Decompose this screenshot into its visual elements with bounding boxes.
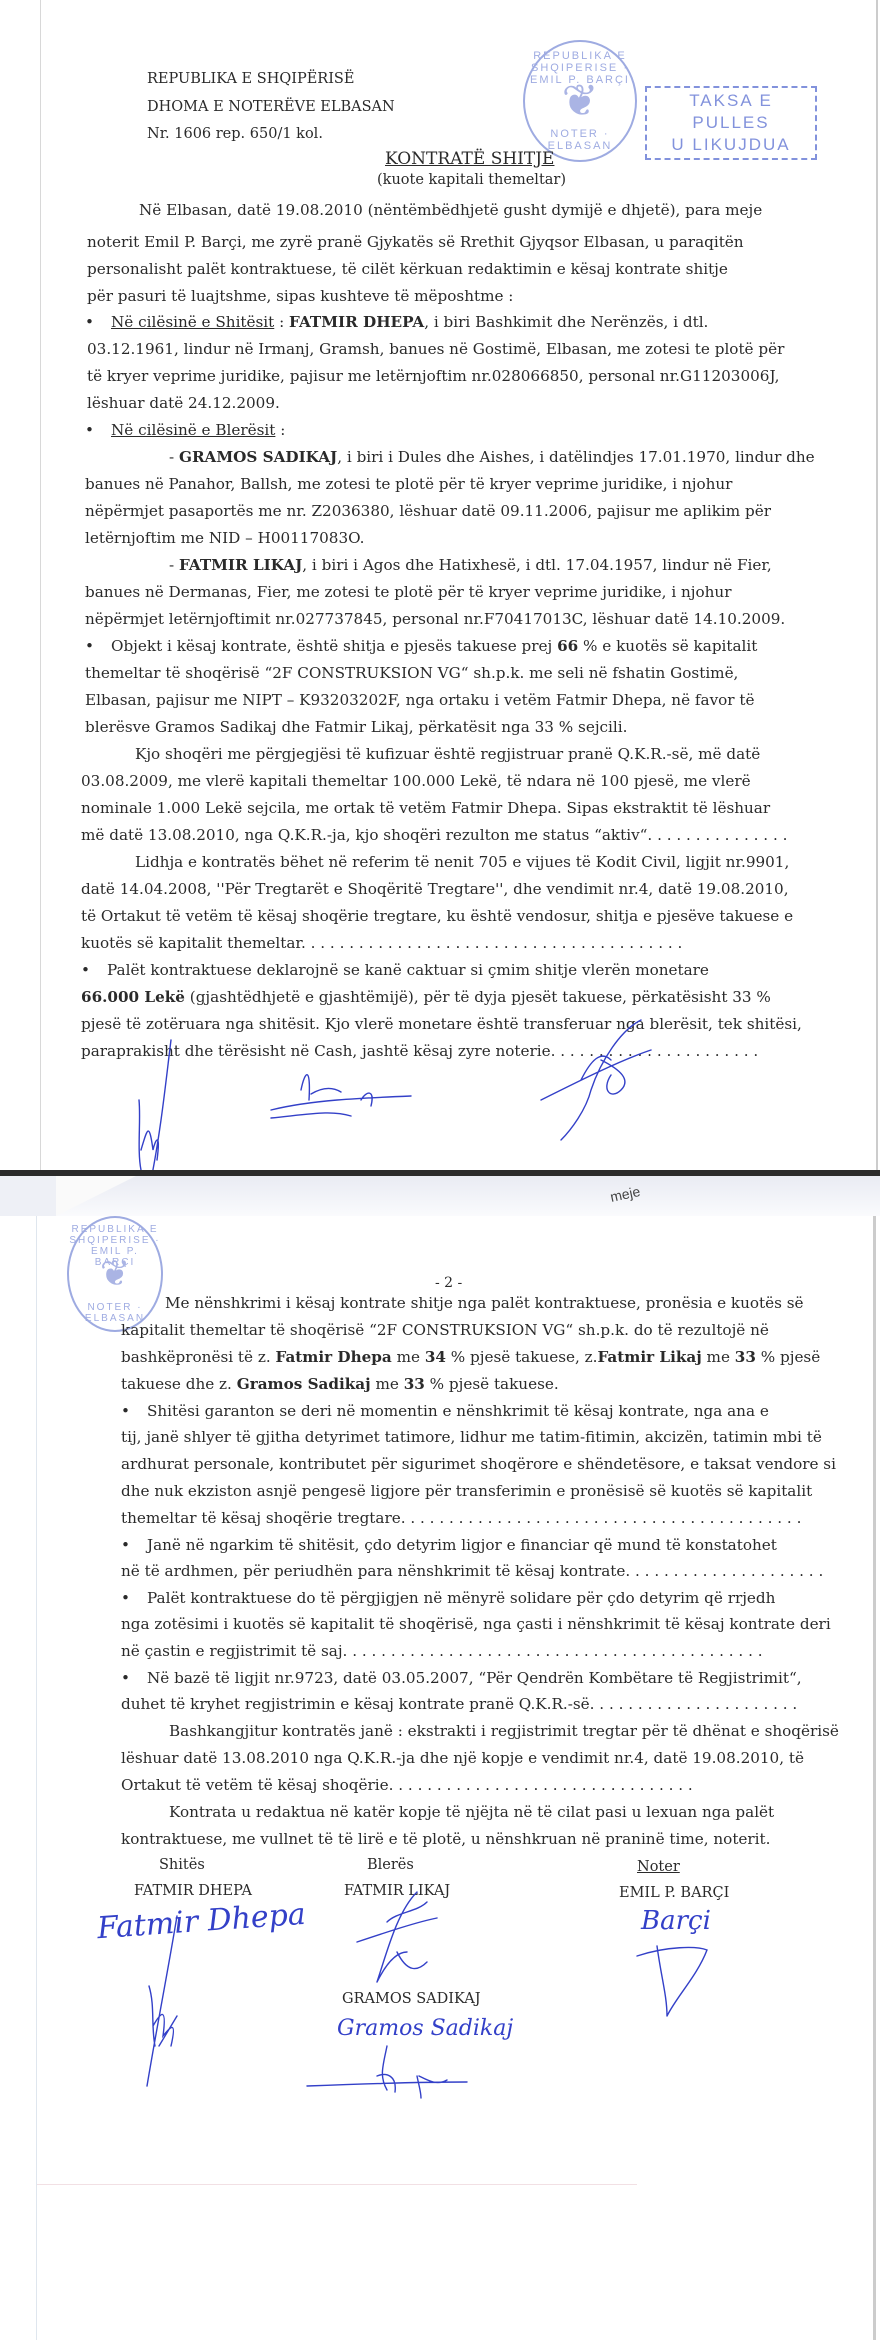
eagle-emblem-icon: ❦ — [562, 76, 599, 127]
dash: - — [169, 448, 179, 466]
attachments-line: Ortakut të vetëm të kësaj shoqërie. . . … — [121, 1778, 693, 1793]
intro-line: Në Elbasan, datë 19.08.2010 (nëntëmbëdhj… — [139, 203, 762, 218]
object-line: blerësve Gramos Sadikaj dhe Fatmir Likaj… — [85, 720, 627, 735]
buyer2-initials-signature — [307, 2046, 467, 2096]
buyer2-name-label: GRAMOS SADIKAJ — [342, 1992, 481, 2007]
liability-line: në të ardhmen, për periudhën para nënshk… — [121, 1564, 823, 1579]
company-line: 03.08.2009, me vlerë kapitali themeltar … — [81, 774, 751, 789]
price-line: 66.000 Lekë (gjashtëdhjetë e gjashtëmijë… — [81, 990, 771, 1005]
object-clause: Objekt i kësaj kontrate, është shitja e … — [111, 639, 757, 654]
price-text: (gjashtëdhjetë e gjashtëmijë), për të dy… — [185, 988, 771, 1006]
notary-name-label: EMIL P. BARÇI — [619, 1886, 729, 1901]
guarantee-line: tij, janë shlyer të gjitha detyrimet tat… — [121, 1430, 822, 1445]
buyer-role-label: Blerës — [367, 1858, 414, 1873]
text: % pjesë — [756, 1348, 820, 1366]
price-line: pjesë të zotëruara nga shitësit. Kjo vle… — [81, 1017, 802, 1032]
ownership-line: takuese dhe z. Gramos Sadikaj me 33 % pj… — [121, 1377, 559, 1392]
registration-clause: Në bazë të ligjit nr.9723, datë 03.05.20… — [147, 1671, 802, 1686]
buyer1-line: nëpërmjet pasaportës me nr. Z2036380, lë… — [85, 504, 771, 519]
guarantee-line: ardhurat personale, kontributet për sigu… — [121, 1457, 836, 1472]
object-text: Objekt i kësaj kontrate, është shitja e … — [111, 637, 557, 655]
legal-line: datë 14.04.2008, ''Për Tregtarët e Shoqë… — [81, 882, 789, 897]
seller-line: të kryer veprime juridike, pajisur me le… — [87, 369, 779, 384]
document-title: KONTRATË SHITJE — [385, 151, 554, 168]
owner-percent: 33 — [735, 1348, 756, 1366]
seller-initials-signature — [137, 1916, 207, 2086]
seller-details: , i biri Bashkimit dhe Nerënzës, i dtl. — [424, 313, 708, 331]
ownership-line: bashkëpronësi të z. Fatmir Dhepa me 34 %… — [121, 1350, 820, 1365]
solidarity-line: në çastin e regjistrimit të saj. . . . .… — [121, 1644, 763, 1659]
ownership-line: Me nënshkrimi i kësaj kontrate shitje ng… — [165, 1296, 804, 1311]
guarantee-line: dhe nuk ekziston asnjë pengesë ligjore p… — [121, 1484, 812, 1499]
closing-line: kontraktuese, me vullnet të të lirë e të… — [121, 1832, 770, 1847]
notary-seal-stamp-page2: REPUBLIKA E SHQIPERISE · EMIL P. BARÇI ❦… — [67, 1216, 163, 1332]
buyer1-clause: - GRAMOS SADIKAJ, i biri i Dules dhe Ais… — [169, 450, 815, 465]
closing-line: Kontrata u redaktua në katër kopje të nj… — [169, 1805, 774, 1820]
header-chamber: DHOMA E NOTERËVE ELBASAN — [147, 100, 395, 115]
buyer2-line: nëpërmjet letërnjoftimit nr.027737845, p… — [85, 612, 785, 627]
buyer1-line: letërnjoftim me NID – H00117083O. — [85, 531, 365, 546]
share-percent: 66 — [557, 637, 578, 655]
buyer2-clause: - FATMIR LIKAJ, i biri i Agos dhe Hatixh… — [169, 558, 772, 573]
buyers-clause: Në cilësinë e Blerësit : — [111, 423, 285, 438]
object-text: % e kuotës së kapitalit — [578, 637, 757, 655]
owner-name: Gramos Sadikaj — [237, 1375, 371, 1393]
object-line: Elbasan, pajisur me NIPT – K93203202F, n… — [85, 693, 755, 708]
price-clause: Palët kontraktuese deklarojnë se kanë ca… — [107, 963, 709, 978]
price-amount: 66.000 Lekë — [81, 988, 185, 1006]
buyer2-name: FATMIR LIKAJ — [179, 556, 302, 574]
buyer1-signature — [357, 1892, 447, 1992]
notary-signature-flourish — [637, 1936, 717, 2016]
guarantee-clause: Shitësi garanton se deri në momentin e n… — [147, 1404, 769, 1419]
page-fold: meje — [0, 1170, 880, 1216]
folded-corner — [56, 1176, 136, 1216]
solidarity-line: nga zotësimi i kuotës së kapitalit të sh… — [121, 1617, 831, 1632]
legal-line: të Ortakut të vetëm të kësaj shoqërie tr… — [81, 909, 793, 924]
buyer1-line: banues në Panahor, Ballsh, me zotesi te … — [85, 477, 732, 492]
underlying-page-edge — [56, 1176, 880, 1216]
tax-paid-stamp: TAKSA E PULLES U LIKUJDUA — [645, 86, 817, 160]
text: % pjesë takuese. — [425, 1375, 559, 1393]
ownership-line: kapitalit themeltar të shoqërisë “2F CON… — [121, 1323, 769, 1338]
header-republic: REPUBLIKA E SHQIPËRISË — [147, 72, 354, 87]
intro-line: noterit Emil P. Barçi, me zyrë pranë Gjy… — [87, 235, 744, 250]
buyer1-name: GRAMOS SADIKAJ — [179, 448, 337, 466]
document-page-2: REPUBLIKA E SHQIPERISE · EMIL P. BARÇI ❦… — [36, 1216, 876, 2340]
eagle-emblem-icon: ❦ — [100, 1254, 130, 1295]
notary-role-label: Noter — [637, 1860, 680, 1875]
document-subtitle: (kuote kapitali themeltar) — [377, 173, 566, 188]
buyer2-line: banues në Dermanas, Fier, me zotesi te p… — [85, 585, 731, 600]
guarantee-line: themeltar të kësaj shoqërie tregtare. . … — [121, 1511, 801, 1526]
buyer2-handwritten-signature: Gramos Sadikaj — [337, 2016, 513, 2041]
intro-line: personalisht palët kontraktuese, të cilë… — [87, 262, 728, 277]
text: me — [392, 1348, 425, 1366]
attachments-line: lëshuar datë 13.08.2010 nga Q.K.R.-ja dh… — [121, 1751, 804, 1766]
text: me — [371, 1375, 404, 1393]
owner-percent: 33 — [404, 1375, 425, 1393]
seller-signature-page1 — [131, 1040, 191, 1180]
tax-stamp-line1: TAKSA E PULLES — [653, 90, 809, 134]
seller-name: FATMIR DHEPA — [289, 313, 424, 331]
buyer2-details: , i biri i Agos dhe Hatixhesë, i dtl. 17… — [302, 556, 771, 574]
seller-line: lëshuar datë 24.12.2009. — [87, 396, 280, 411]
separator: : — [274, 313, 289, 331]
object-line: themeltar të shoqërisë “2F CONSTRUKSION … — [85, 666, 738, 681]
notary-seal-stamp: REPUBLIKA E SHQIPERISE · EMIL P. BARÇI ❦… — [523, 40, 637, 162]
text: takuese dhe z. — [121, 1375, 237, 1393]
legal-line: kuotës së kapitalit themeltar. . . . . .… — [81, 936, 682, 951]
seller-role-label: Shitës — [159, 1858, 205, 1873]
seller-clause: Në cilësinë e Shitësit : FATMIR DHEPA, i… — [111, 315, 708, 330]
text: me — [702, 1348, 735, 1366]
liability-clause: Janë në ngarkim të shitësit, çdo detyrim… — [147, 1538, 777, 1553]
text: bashkëpronësi të z. — [121, 1348, 276, 1366]
registration-line: duhet të kryhet regjistrimin e kësaj kon… — [121, 1697, 797, 1712]
buyers-label: Në cilësinë e Blerësit — [111, 421, 275, 439]
buyer1-details: , i biri i Dules dhe Aishes, i datëlindj… — [337, 448, 814, 466]
legal-line: Lidhja e kontratës bëhet në referim të n… — [135, 855, 789, 870]
solidarity-clause: Palët kontraktuese do të përgjigjen në m… — [147, 1591, 775, 1606]
buyer-signature-page1 — [271, 1070, 411, 1130]
page-number: - 2 - — [435, 1276, 462, 1290]
attachments-line: Bashkangjitur kontratës janë : ekstrakti… — [169, 1724, 839, 1739]
intro-line: për pasuri të luajtshme, sipas kushteve … — [87, 289, 513, 304]
document-page-1: REPUBLIKA E SHQIPËRISË DHOMA E NOTERËVE … — [40, 0, 878, 1170]
text: % pjesë takuese, z. — [446, 1348, 598, 1366]
faint-ruled-line — [37, 2184, 637, 2185]
seller-label: Në cilësinë e Shitësit — [111, 313, 274, 331]
tax-stamp-line2: U LIKUJDUA — [653, 134, 809, 156]
notary-handwritten-signature: Barçi — [641, 1906, 711, 1936]
company-line: Kjo shoqëri me përgjegjësi të kufizuar ë… — [135, 747, 760, 762]
owner-name: Fatmir Likaj — [597, 1348, 701, 1366]
header-reference: Nr. 1606 rep. 650/1 kol. — [147, 127, 323, 142]
company-line: më datë 13.08.2010, nga Q.K.R.-ja, kjo s… — [81, 828, 787, 843]
company-line: nominale 1.000 Lekë sejcila, me ortak të… — [81, 801, 770, 816]
dash: - — [169, 556, 179, 574]
owner-percent: 34 — [425, 1348, 446, 1366]
seller-name-label: FATMIR DHEPA — [134, 1884, 252, 1899]
notary-signature-page1 — [541, 1020, 661, 1140]
seller-line: 03.12.1961, lindur në Irmanj, Gramsh, ba… — [87, 342, 784, 357]
separator: : — [275, 421, 285, 439]
owner-name: Fatmir Dhepa — [276, 1348, 392, 1366]
